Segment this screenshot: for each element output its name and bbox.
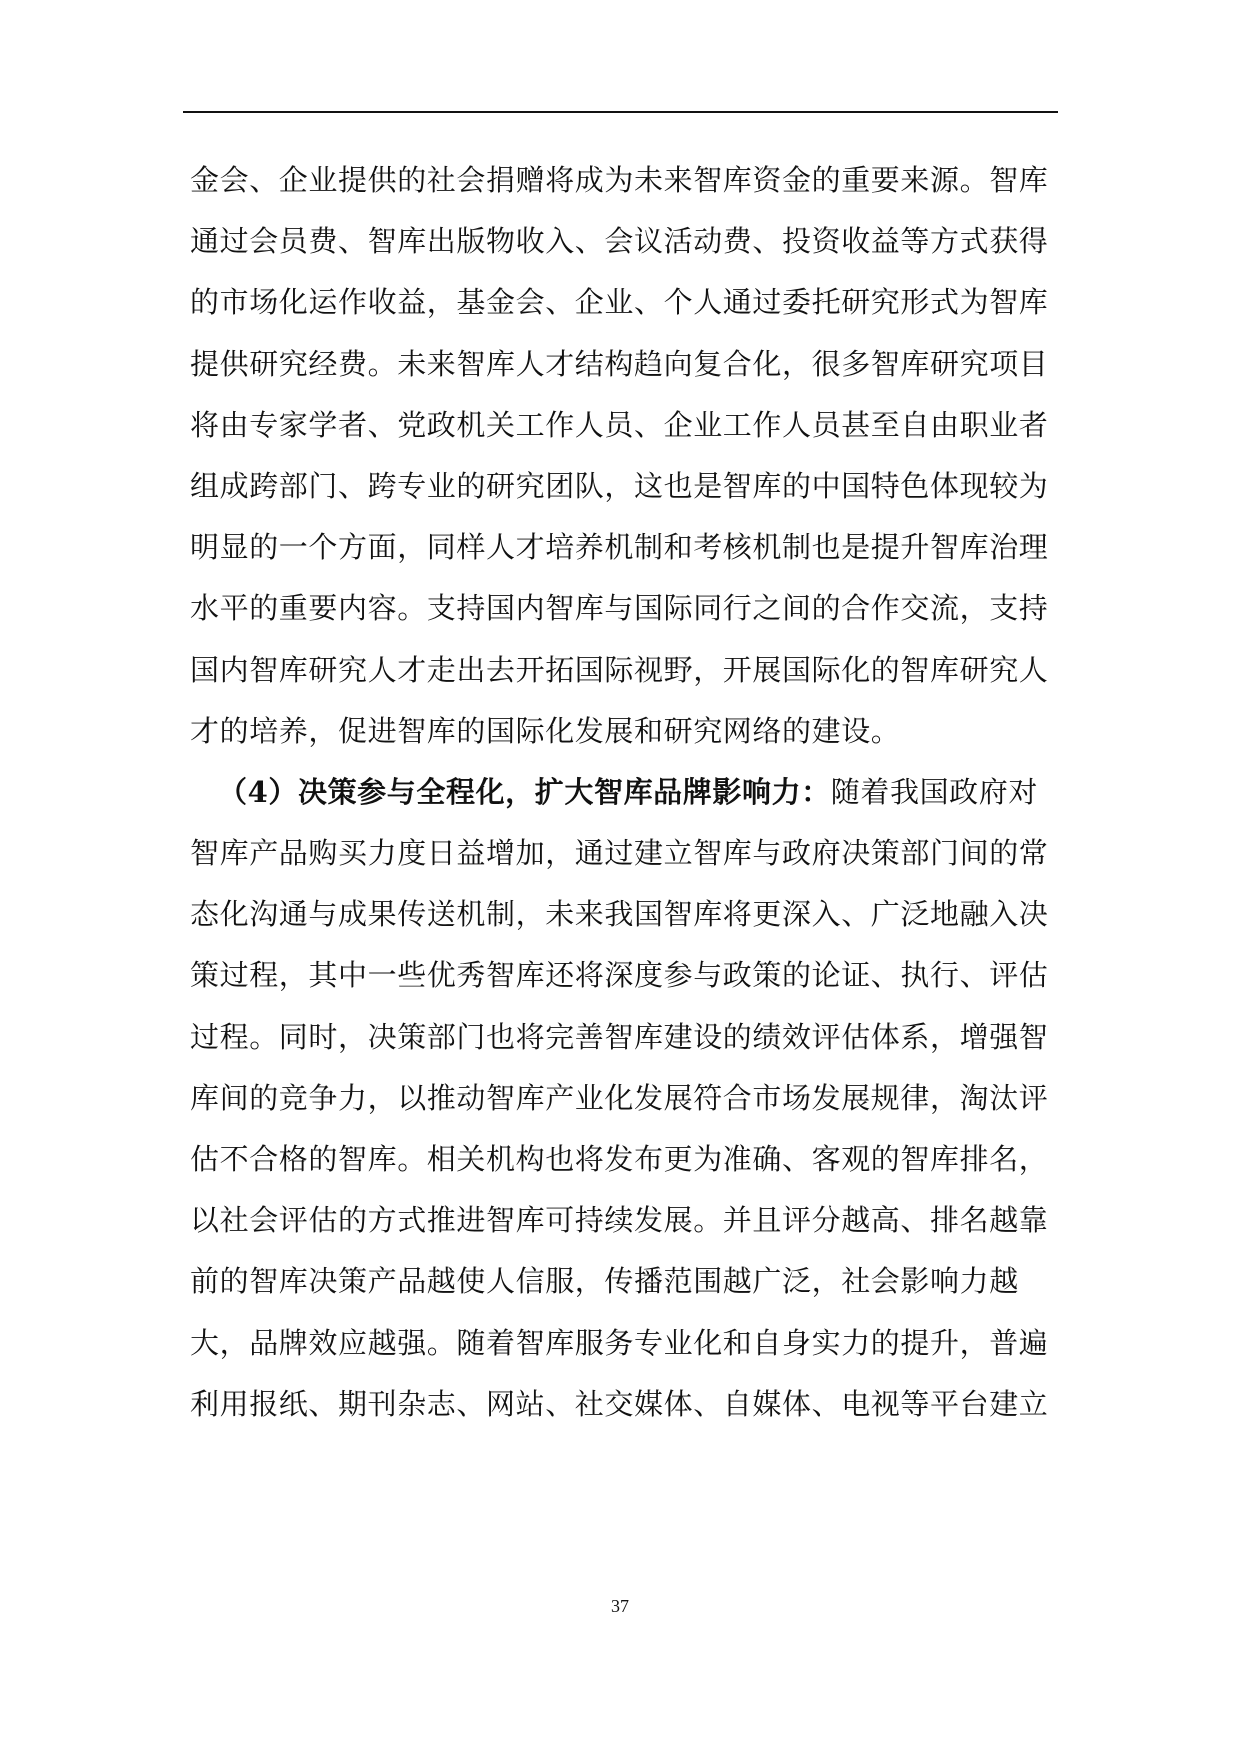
text-line: 前的智库决策产品越使人信服，传播范围越广泛，社会影响力越 xyxy=(190,1251,1050,1312)
text-line: 估不合格的智库。相关机构也将发布更为准确、客观的智库排名， xyxy=(190,1129,1050,1190)
text-line: 组成跨部门、跨专业的研究团队，这也是智库的中国特色体现较为 xyxy=(190,456,1050,517)
text-run: 随着我国政府对 xyxy=(831,775,1038,809)
text-line: 策过程，其中一些优秀智库还将深度参与政策的论证、执行、评估 xyxy=(190,945,1050,1006)
text-line: 明显的一个方面，同样人才培养机制和考核机制也是提升智库治理 xyxy=(190,517,1050,578)
header-rule xyxy=(183,111,1058,113)
text-line: 将由专家学者、党政机关工作人员、企业工作人员甚至自由职业者 xyxy=(190,395,1050,456)
section-heading-line: （4）决策参与全程化，扩大智库品牌影响力：随着我国政府对 xyxy=(190,762,1050,823)
text-line: 过程。同时，决策部门也将完善智库建设的绩效评估体系，增强智 xyxy=(190,1007,1050,1068)
text-line: 水平的重要内容。支持国内智库与国际同行之间的合作交流，支持 xyxy=(190,578,1050,639)
body-text: 金会、企业提供的社会捐赠将成为未来智库资金的重要来源。智库 通过会员费、智库出版… xyxy=(190,150,1050,1435)
text-line: 通过会员费、智库出版物收入、会议活动费、投资收益等方式获得 xyxy=(190,211,1050,272)
text-line: 的市场化运作收益，基金会、企业、个人通过委托研究形式为智库 xyxy=(190,272,1050,333)
text-line: 态化沟通与成果传送机制，未来我国智库将更深入、广泛地融入决 xyxy=(190,884,1050,945)
text-line: 国内智库研究人才走出去开拓国际视野，开展国际化的智库研究人 xyxy=(190,640,1050,701)
text-line: 大，品牌效应越强。随着智库服务专业化和自身实力的提升，普遍 xyxy=(190,1313,1050,1374)
text-line: 利用报纸、期刊杂志、网站、社交媒体、自媒体、电视等平台建立 xyxy=(190,1374,1050,1435)
text-line: 提供研究经费。未来智库人才结构趋向复合化，很多智库研究项目 xyxy=(190,334,1050,395)
text-line: 以社会评估的方式推进智库可持续发展。并且评分越高、排名越靠 xyxy=(190,1190,1050,1251)
text-line: 智库产品购买力度日益增加，通过建立智库与政府决策部门间的常 xyxy=(190,823,1050,884)
text-line: 才的培养，促进智库的国际化发展和研究网络的建设。 xyxy=(190,701,1050,762)
text-line: 库间的竞争力，以推动智库产业化发展符合市场发展规律，淘汰评 xyxy=(190,1068,1050,1129)
page-number: 37 xyxy=(0,1596,1240,1617)
text-line: 金会、企业提供的社会捐赠将成为未来智库资金的重要来源。智库 xyxy=(190,150,1050,211)
section-heading: （4）决策参与全程化，扩大智库品牌影响力： xyxy=(218,775,831,809)
